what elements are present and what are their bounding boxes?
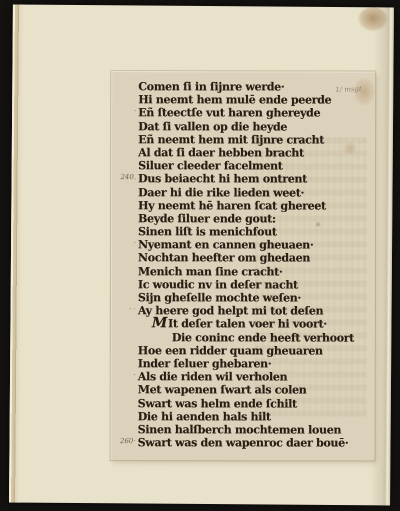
verse-line: ·Eñ ſteectſe vut haren ghereyde [138,106,369,120]
verse-text: Dat ſi vallen op die heyde [138,120,287,134]
verse-line: 260·Swart was den wapenroc daer bouē· [138,436,369,450]
verse-text: Hi neemt hem mulē ende peerde [138,93,331,107]
verse-text: Al dat ſi daer hebben bracht [138,146,304,160]
verse-line: Die coninc ende heeft verhoort [172,331,369,345]
verse-text: Swart was helm ende ſchilt [138,397,297,411]
verse-line: Swart was helm ende ſchilt [138,397,369,411]
verse-text: It deſer talen voer hi voort· [168,317,327,331]
verse-line: Nochtan heefter om ghedaen [138,251,369,265]
verse-line: Hi neemt hem mulē ende peerde [138,93,369,107]
verse-line: Dat ſi vallen op die heyde [138,120,369,134]
verse-line: Ic woudic nv in deſer nacht [138,278,369,292]
verse-line: ·Als die riden wil verholen [138,370,369,384]
verse-text-block: Comen ſi in ſijnre werde· Hi neemt hem m… [138,80,370,450]
verse-line: Hoe een ridder quam gheuaren [138,344,369,358]
decorated-initial: M [152,315,167,331]
verse-text: Menich man ſine cracht· [138,265,283,279]
verse-line: Hy neemt hē haren ſcat ghereet [138,199,369,213]
verse-line: Eñ neemt hem mit ſijnre cracht [138,133,369,147]
verse-text: Als die riden wil verholen [138,370,288,384]
verse-line: Die hi aenden hals hilt [138,410,369,424]
verse-line: Sinen halſberch mochtemen louen [138,423,369,437]
margin-annotation: · [111,371,136,379]
verse-text: Beyde ſiluer ende gout: [138,212,276,226]
verse-line: ·Nyemant en cannen gheuaen· [138,238,369,252]
verse-line: Menich man ſine cracht· [138,265,369,279]
verse-line: 240.Dus beiaecht hi hem ontrent [138,172,369,186]
verse-text: Siluer cleeder facelment [138,159,282,173]
verse-text: Sinen liſt is menichfout [138,225,277,239]
margin-annotation: · [111,239,136,247]
verse-text: Eñ ſteectſe vut haren ghereyde [138,106,320,120]
verse-line: Met wapenen ſwart als colen [138,383,369,397]
verse-text: Nochtan heefter om ghedaen [138,251,310,265]
verse-text: Hoe een ridder quam gheuaren [138,344,323,358]
verse-line: Daer hi die rike lieden weet· [138,186,369,200]
verse-text: Hy neemt hē haren ſcat ghereet [138,199,326,213]
album-page: 1/ msgt Comen ſi in ſijnre werde· Hi nee… [9,5,394,506]
verse-line: Siluer cleeder facelment [138,159,369,173]
verse-line: MIt deſer talen voer hi voort· [152,317,369,331]
verse-text: Sinen halſberch mochtemen louen [138,423,341,437]
verse-line: Inder ſeluer ghebaren· [138,357,369,371]
verse-text: Ic woudic nv in deſer nacht [138,278,298,292]
margin-annotation: 260· [111,437,136,445]
inlaid-leaf: 1/ msgt Comen ſi in ſijnre werde· Hi nee… [111,71,376,460]
margin-annotation: · · [111,305,136,313]
verse-text: Nyemant en cannen gheuaen· [138,238,313,252]
verse-text: Die coninc ende heeft verhoort [172,331,354,345]
margin-annotation: · [111,107,136,115]
verse-text: Dus beiaecht hi hem ontrent [138,172,307,186]
verse-line: Sinen liſt is menichfout [138,225,369,239]
verse-text: Comen ſi in ſijnre werde· [138,80,284,94]
verse-text: Swart was den wapenroc daer bouē· [138,436,349,450]
verse-text: Daer hi die rike lieden weet· [138,186,304,200]
page-edge-left [9,5,24,503]
verse-text: Die hi aenden hals hilt [138,410,271,423]
verse-line: Beyde ſiluer ende gout: [138,212,369,226]
verse-line: Comen ſi in ſijnre werde· [138,80,369,94]
verse-text: Sijn gheſelle mochte weſen· [138,291,301,305]
margin-annotation: 240. [111,173,136,181]
verse-text: Inder ſeluer ghebaren· [138,357,272,370]
verse-text: Met wapenen ſwart als colen [138,383,307,397]
page-edge-bottom [9,456,390,505]
photo-backdrop: 1/ msgt Comen ſi in ſijnre werde· Hi nee… [0,0,400,511]
verse-line: Sijn gheſelle mochte weſen· [138,291,369,305]
verse-line: · ·Ay heere god helpt mi tot deſen [138,304,369,318]
verse-line: Al dat ſi daer hebben bracht [138,146,369,160]
verse-text: Eñ neemt hem mit ſijnre cracht [138,133,324,147]
